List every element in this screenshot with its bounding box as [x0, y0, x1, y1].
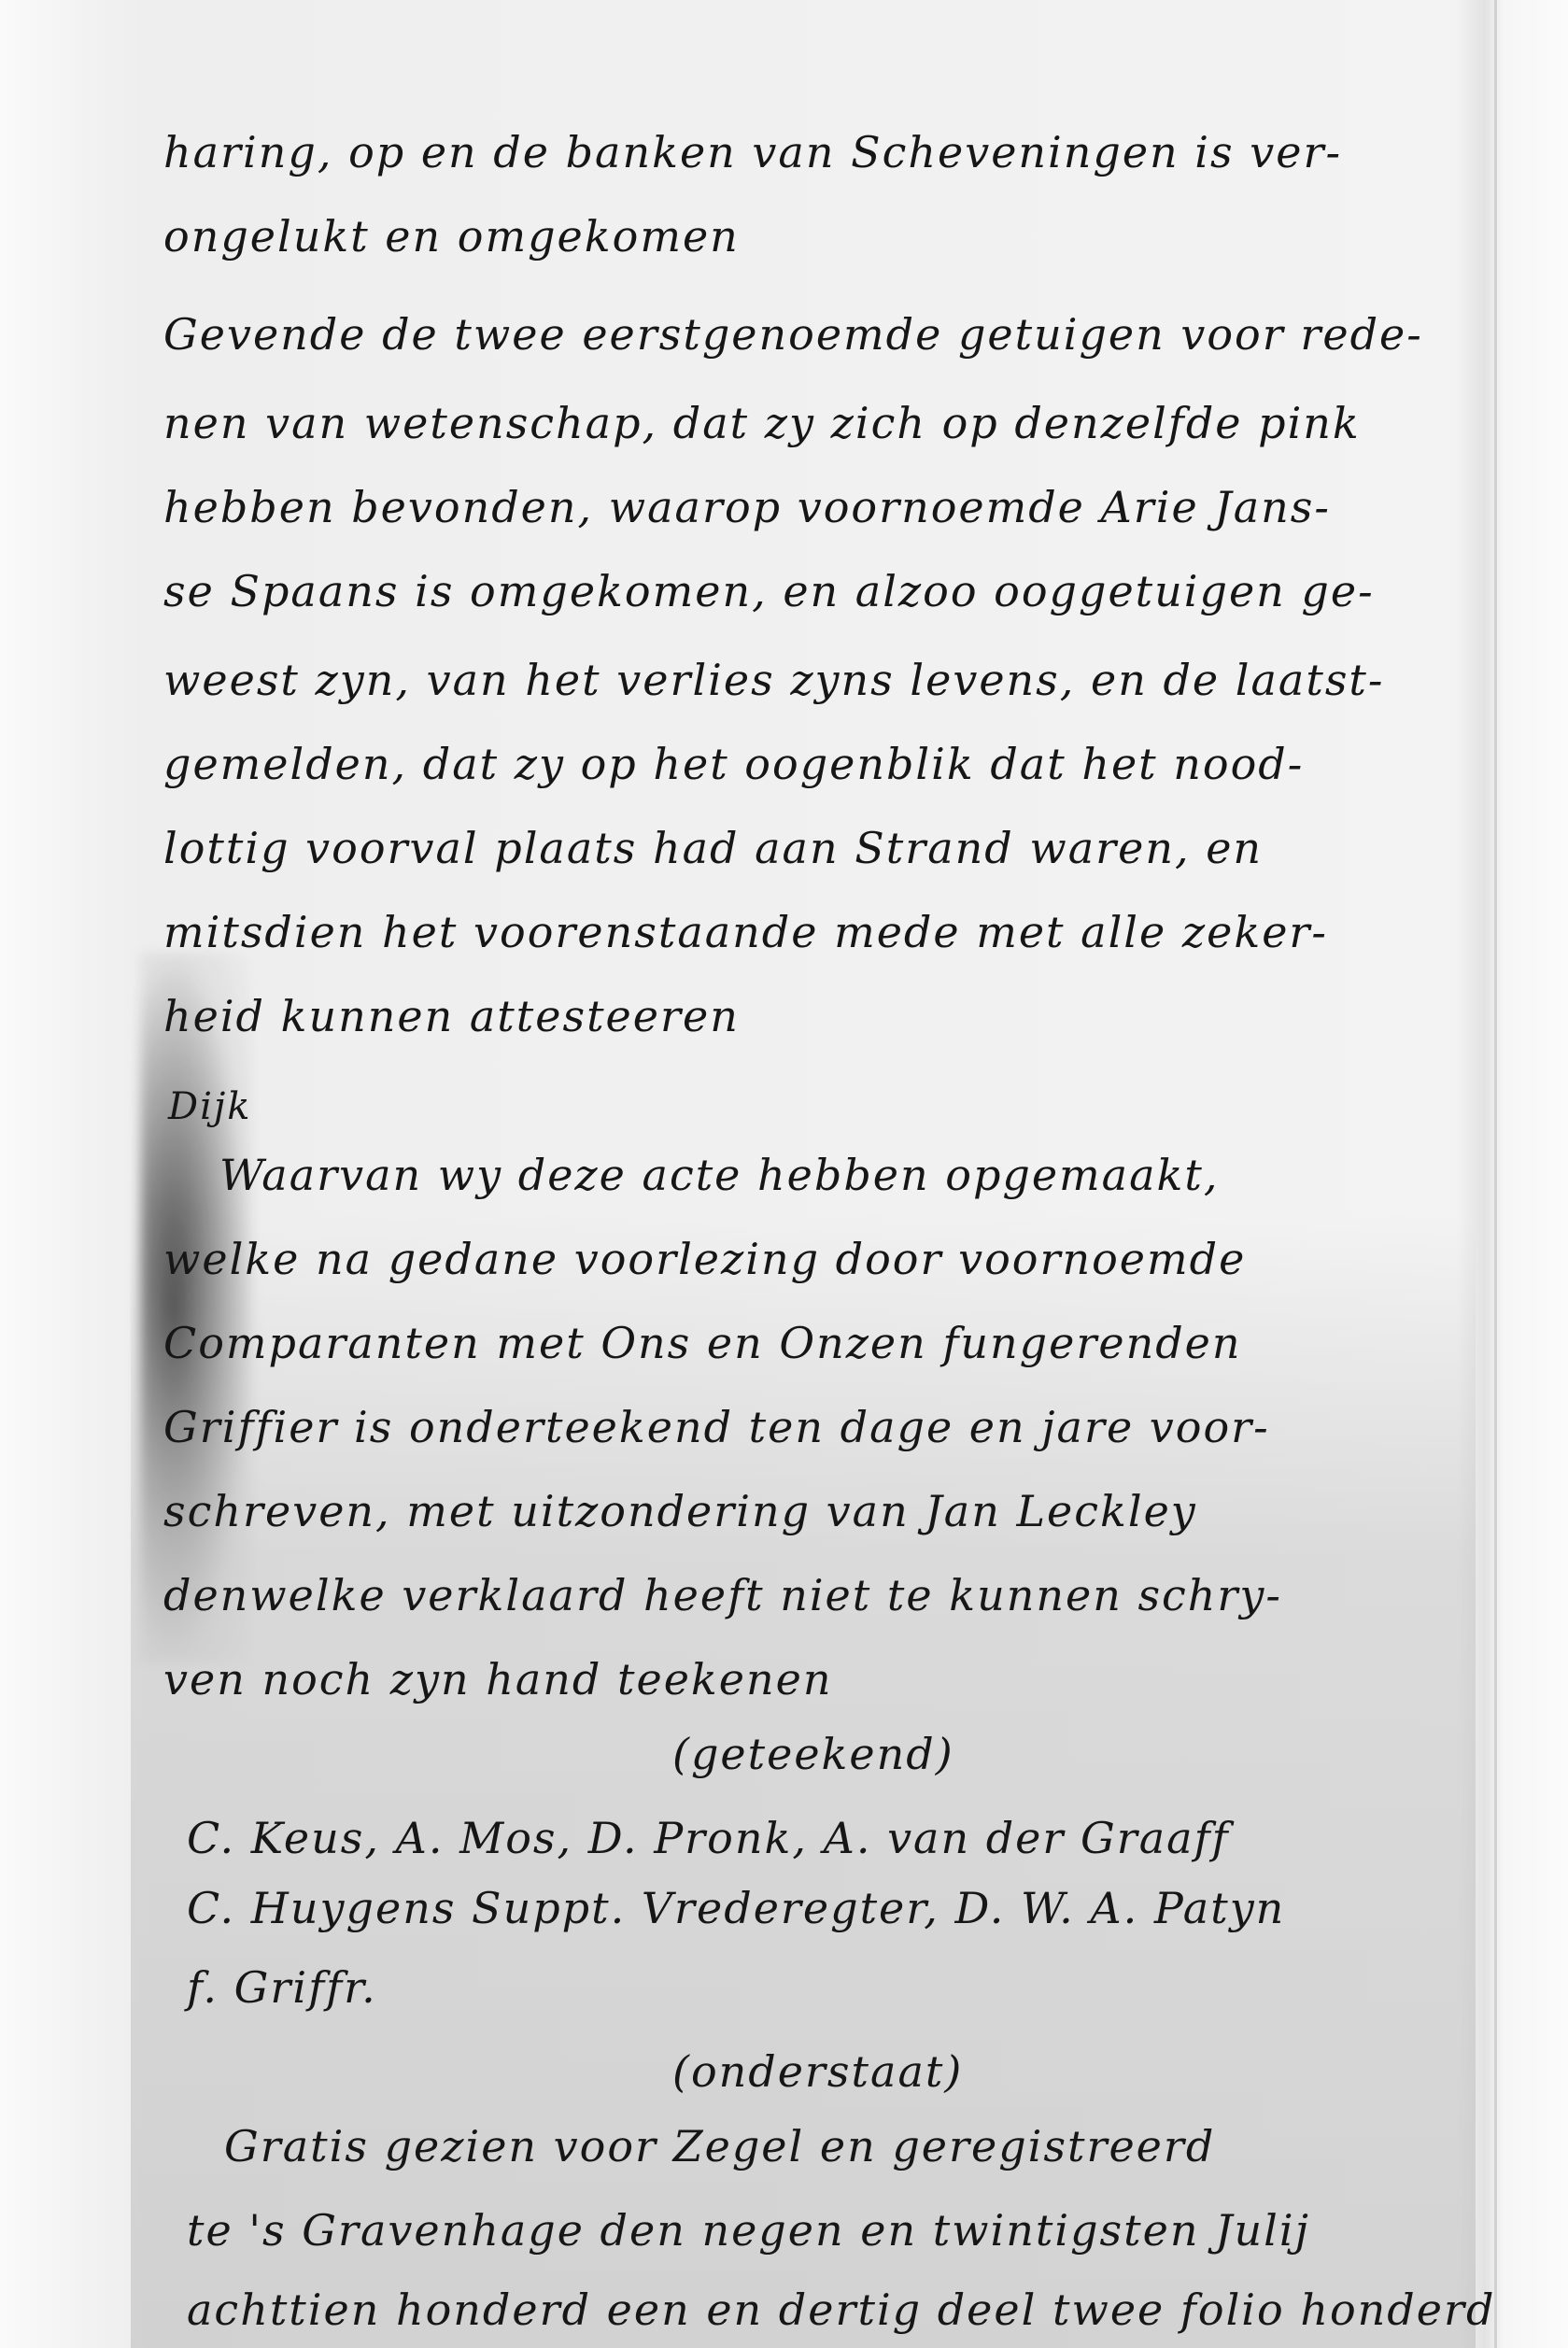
understaat-heading: (onderstaat)	[672, 2050, 963, 2093]
registration-line-1: Gratis gezien voor Zegel en geregistreer…	[224, 2125, 1215, 2168]
registration-line-2: te 's Gravenhage den negen en twintigste…	[187, 2209, 1310, 2252]
text-line-18: ven noch zyn hand teekenen	[163, 1658, 833, 1701]
text-line-9: lottig voorval plaats had aan Strand war…	[163, 827, 1263, 870]
signatures-line-1: C. Keus, A. Mos, D. Pronk, A. van der Gr…	[187, 1817, 1230, 1860]
text-line-2: ongelukt en omgekomen	[163, 215, 740, 258]
text-line-17: denwelke verklaard heeft niet te kunnen …	[163, 1574, 1282, 1617]
text-line-12: Waarvan wy deze acte hebben opgemaakt,	[219, 1153, 1220, 1196]
text-line-7: weest zyn, van het verlies zyns levens, …	[163, 658, 1384, 701]
text-line-4: nen van wetenschap, dat zy zich op denze…	[163, 402, 1361, 445]
text-line-3: Gevende de twee eerstgenoemde getuigen v…	[163, 313, 1423, 356]
text-line-13: welke na gedane voorlezing door voornoem…	[163, 1238, 1246, 1280]
page-edge	[1494, 0, 1497, 2348]
signatures-line-2: C. Huygens Suppt. Vrederegter, D. W. A. …	[187, 1887, 1285, 1930]
text-line-1: haring, op en de banken van Scheveningen…	[163, 131, 1342, 174]
text-line-14: Comparanten met Ons en Onzen fungerenden	[163, 1322, 1242, 1365]
scanned-document-page: haring, op en de banken van Scheveningen…	[0, 0, 1568, 2348]
text-line-5: hebben bevonden, waarop voornoemde Arie …	[163, 486, 1331, 529]
text-line-16: schreven, met uitzondering van Jan Leckl…	[163, 1490, 1197, 1533]
text-line-10: mitsdien het voorenstaande mede met alle…	[163, 911, 1328, 954]
text-line-8: gemelden, dat zy op het oogenblik dat he…	[163, 743, 1304, 785]
page-discoloration	[131, 1214, 1476, 2348]
text-line-11: heid kunnen attesteeren	[163, 995, 740, 1038]
text-line-15: Griffier is onderteekend ten dage en jar…	[163, 1406, 1270, 1449]
signatures-line-3: f. Griffr.	[187, 1966, 377, 2009]
text-line-6: se Spaans is omgekomen, en alzoo ooggetu…	[163, 570, 1375, 613]
signed-heading: (geteekend)	[672, 1733, 954, 1775]
registration-line-3: achttien honderd een en dertig deel twee…	[187, 2288, 1495, 2331]
margin-note: Dijk	[168, 1088, 252, 1125]
